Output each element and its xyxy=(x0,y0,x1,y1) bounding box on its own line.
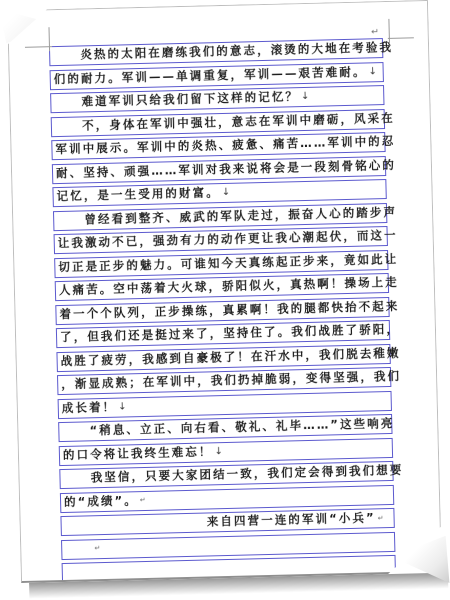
row-text: 切正是正步的魅力。可谁知今天真练起正步来，竟如此让 xyxy=(58,253,398,273)
row-text: 难道军训只给我们留下这样的记忆？ xyxy=(81,91,299,108)
paragraph-indent xyxy=(64,478,91,480)
row-text: 着一个个队列，正步操练，真累啊！我的腿都快抬不起来 xyxy=(59,300,399,320)
margin-crop-mark-top-right xyxy=(388,37,414,39)
row-text: 耐、坚持、顽强……军训对我来说将会是一段刻骨铭心的 xyxy=(56,160,396,180)
row-text: “稍息、立正、向右看、敬礼、礼毕……”这些响亮 xyxy=(89,418,394,437)
margin-crop-mark-top-left xyxy=(25,46,52,48)
row-text: 战胜了疲劳，我感到自豪极了！在汗水中，我们脱去稚嫩 xyxy=(61,347,401,367)
paragraph-indent xyxy=(54,102,81,104)
margin-crop-mark-top-right xyxy=(388,19,390,43)
row-text: 人痛苦。空中荡着大火球，骄阳似火，真热啊！操场上走 xyxy=(59,277,399,297)
paragraph-indent xyxy=(57,219,84,221)
row-text: 来自四营一连的军训“小兵” xyxy=(207,513,376,529)
paragraph-indent xyxy=(62,431,89,433)
row-text: 曾经看到整齐、威武的军队走过，振奋人心的踏步声 xyxy=(84,207,397,226)
paragraph-mark-top-right: ↵ xyxy=(371,27,379,36)
row-text: 记忆，是一生受用的财富。 xyxy=(57,187,220,202)
formatting-mark: ↓ xyxy=(214,447,223,457)
row-text: 炎热的太阳在磨练我们的意志，滚烫的大地在考验我 xyxy=(80,42,393,61)
photo-paper: ↵ 炎热的太阳在磨练我们的意志，滚烫的大地在考验我们的耐力。军训——单调重复，军… xyxy=(7,0,442,583)
formatting-mark: ↓ xyxy=(118,402,127,412)
formatting-mark: ↵ xyxy=(378,515,384,522)
row-text: ，渐显成熟；在军训中，我们扔掉脆弱，变得坚强，我们 xyxy=(61,371,401,391)
row-text: 军训中展示。军训中的炎热、疲惫、痛苦……军训中的忍 xyxy=(55,136,395,156)
formatting-mark: ↓ xyxy=(368,67,377,77)
ruled-text-rows: 炎热的太阳在磨练我们的意志，滚烫的大地在考验我们的耐力。军训——单调重复，军训—… xyxy=(49,38,396,583)
formatting-mark: ↵ xyxy=(140,497,146,504)
paper-sheet: ↵ 炎热的太阳在磨练我们的意志，滚烫的大地在考验我们的耐力。军训——单调重复，军… xyxy=(7,0,442,583)
row-text: 了，但我们还是挺过来了，坚持住了。我们战胜了骄阳， xyxy=(60,324,400,344)
paragraph-indent xyxy=(53,55,80,57)
row-text: 不，身体在军训中强壮，意志在军训中磨砺，风采在 xyxy=(82,113,395,132)
row-text: 成长着！ xyxy=(62,401,117,414)
row-text: 的口令将让我终生难忘！ xyxy=(63,446,213,461)
margin-crop-mark-top-left xyxy=(48,27,50,51)
row-text: 的“成绩”。 xyxy=(64,495,138,508)
formatting-mark: ↓ xyxy=(301,92,310,102)
paragraph-indent xyxy=(55,125,82,127)
row-text: 让我激动不已，强劲有力的动作更让我心潮起伏，而这一 xyxy=(58,230,398,250)
paragraph-indent xyxy=(65,548,92,550)
scanned-page: ↵ 炎热的太阳在磨练我们的意志，滚烫的大地在考验我们的耐力。军训——单调重复，军… xyxy=(0,0,450,600)
formatting-mark: ↵ xyxy=(94,545,100,552)
row-text: 们的耐力。军训——单调重复，军训——艰苦难耐。 xyxy=(54,66,367,85)
formatting-mark: ↓ xyxy=(222,188,231,198)
row-text: 我坚信，只要大家团结一致，我们定会得到我们想要 xyxy=(91,465,404,484)
